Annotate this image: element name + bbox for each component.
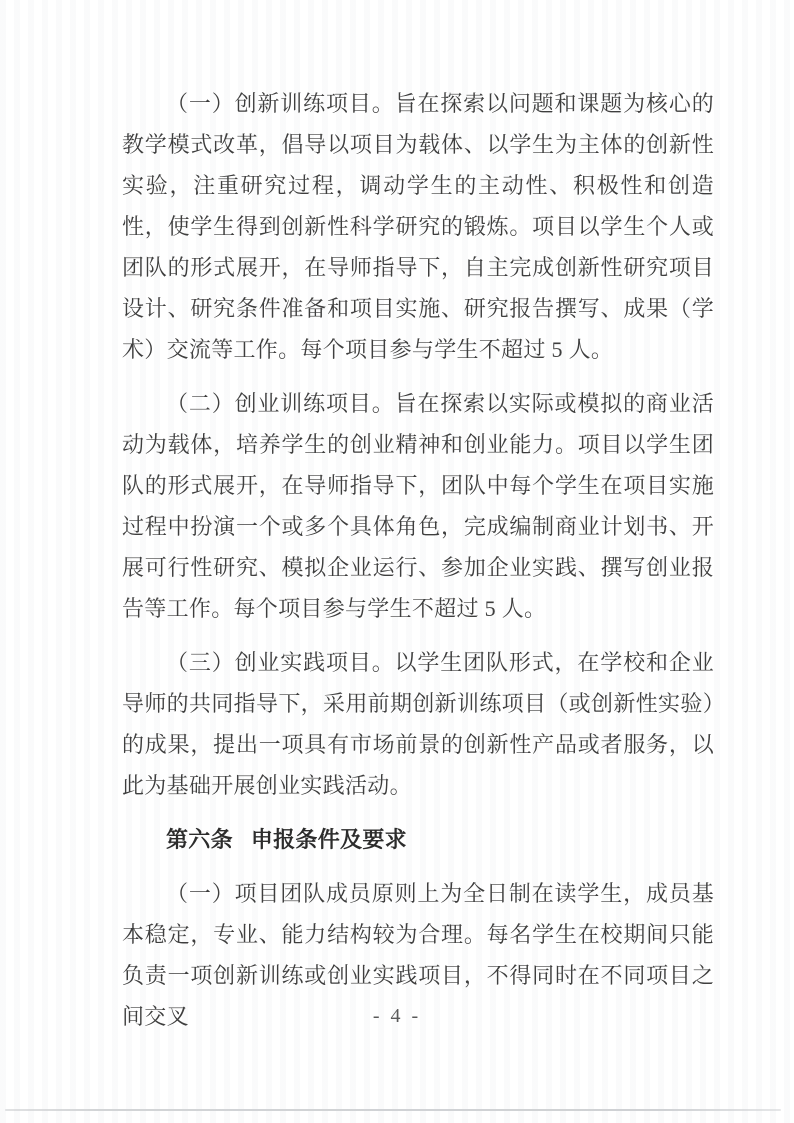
page-number: - 4 - [0,1002,794,1030]
page-edge-line [5,1109,781,1111]
article-title: 申报条件及要求 [251,827,407,852]
section-heading-article-6: 第六条 申报条件及要求 [122,819,714,860]
article-number: 第六条 [166,827,233,852]
document-body: （一）创新训练项目。旨在探索以问题和课题为核心的教学模式改革，倡导以项目为载体、… [122,83,714,1037]
paragraph-entrepreneurship-training: （二）创业训练项目。旨在探索以实际或模拟的商业活动为载体，培养学生的创业精神和创… [122,383,714,629]
paragraph-innovation-training: （一）创新训练项目。旨在探索以问题和课题为核心的教学模式改革，倡导以项目为载体、… [122,83,714,370]
paragraph-entrepreneurship-practice: （三）创业实践项目。以学生团队形式，在学校和企业导师的共同指导下，采用前期创新训… [122,642,714,806]
document-page: （一）创新训练项目。旨在探索以问题和课题为核心的教学模式改革，倡导以项目为载体、… [0,0,794,1123]
